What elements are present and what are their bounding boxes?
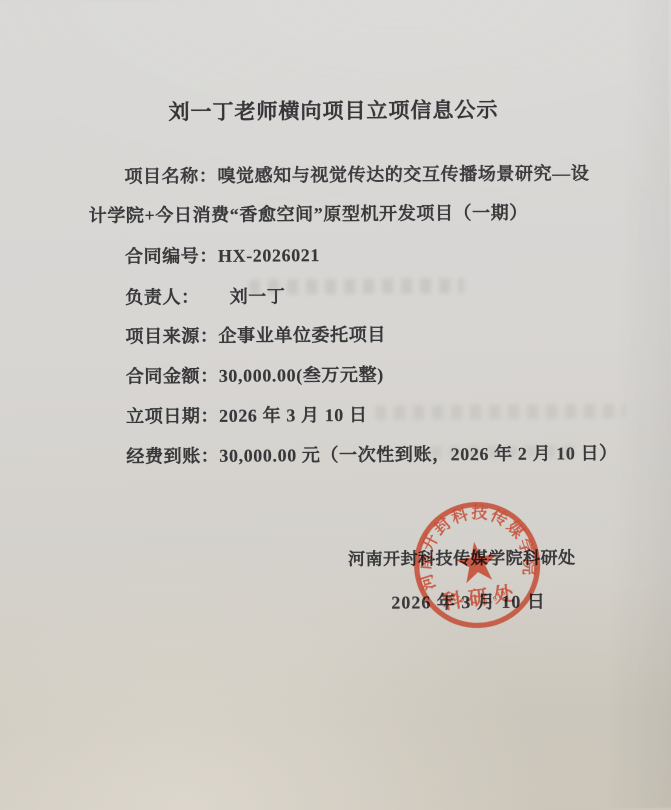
seal-star: [453, 539, 500, 584]
field-value: 计学院+今日消费“香愈空间”原型机开发项目（一期）: [89, 203, 528, 226]
bleed-through-smudge: [375, 404, 625, 420]
field-value: 30,000.00(叁万元整): [219, 365, 384, 386]
official-seal: 河南开封科技传媒学院 科研处 4102111019701: [404, 491, 550, 639]
field-label: 项目来源：: [125, 326, 218, 347]
field-label: 合同编号：: [125, 246, 218, 267]
field-label: 经费到账：: [126, 446, 219, 467]
document-photo: 刘一丁老师横向项目立项信息公示 项目名称：嗅觉感知与视觉传达的交互传播场景研究—…: [0, 0, 671, 810]
field-project-source: 项目来源：企事业单位委托项目: [125, 321, 386, 349]
field-label: 项目名称：: [124, 166, 217, 187]
field-value: 企事业单位委托项目: [218, 325, 386, 346]
document-title: 刘一丁老师横向项目立项信息公示: [0, 93, 669, 128]
field-project-name-line2: 计学院+今日消费“香愈空间”原型机开发项目（一期）: [89, 199, 528, 228]
field-contract-amount: 合同金额：30,000.00(叁万元整): [126, 361, 384, 389]
field-label: 合同金额：: [126, 366, 219, 387]
field-value: 2026 年 3 月 10 日: [219, 405, 368, 426]
field-value: 嗅觉感知与视觉传达的交互传播场景研究—设: [217, 163, 589, 186]
field-contract-number: 合同编号：HX-2026021: [125, 241, 320, 268]
document-content: 刘一丁老师横向项目立项信息公示 项目名称：嗅觉感知与视觉传达的交互传播场景研究—…: [0, 0, 671, 810]
bleed-through-smudge: [430, 445, 580, 458]
field-approval-date: 立项日期：2026 年 3 月 10 日: [126, 401, 368, 429]
field-value: HX-2026021: [218, 245, 320, 266]
field-label: 负责人：: [125, 287, 200, 308]
bleed-through-smudge: [249, 278, 464, 295]
field-label: 立项日期：: [126, 406, 219, 427]
field-project-name-line1: 项目名称：嗅觉感知与视觉传达的交互传播场景研究—设: [124, 159, 589, 188]
seal-graphic: 河南开封科技传媒学院 科研处 4102111019701: [404, 491, 550, 639]
